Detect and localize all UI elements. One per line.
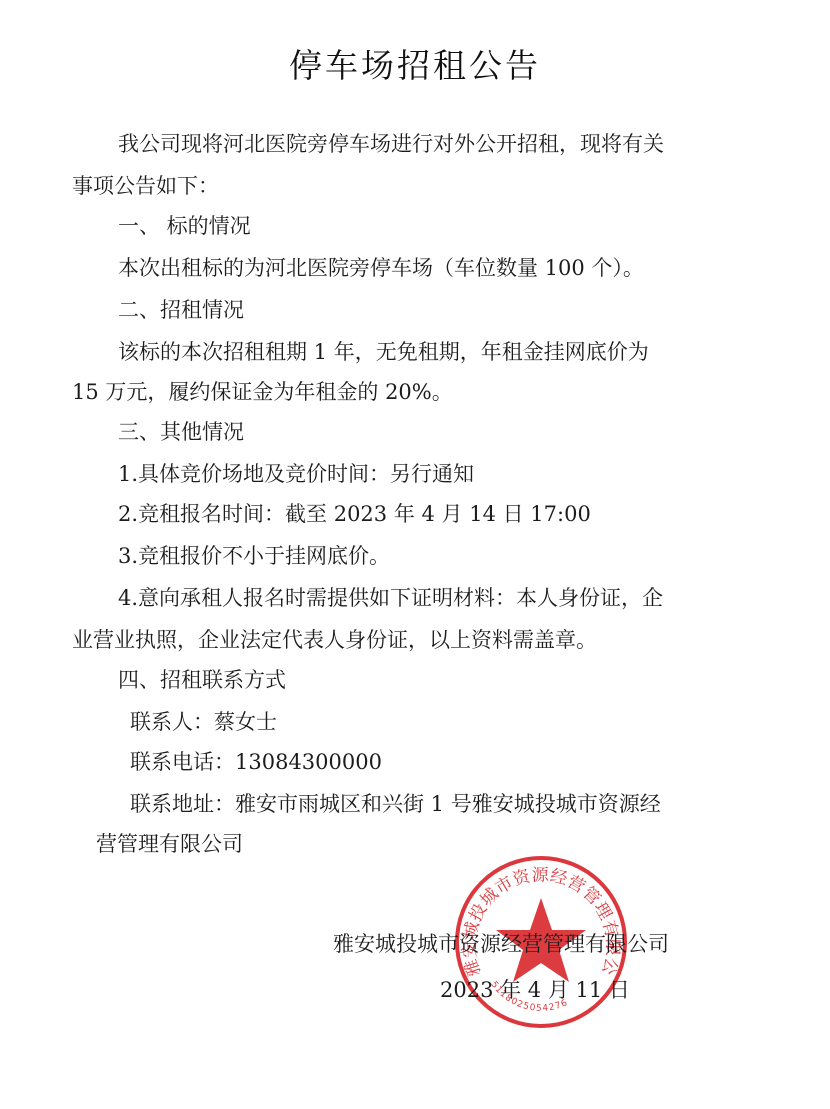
section-3-item-4: 4.意向承租人报名时需提供如下证明材料：本人身份证，企 [118,582,663,612]
section-3-item-4-continued: 业营业执照，企业法定代表人身份证，以上资料需盖章。 [72,624,597,654]
section-3-item-3: 3.竞租报价不小于挂网底价。 [118,540,390,570]
contact-person: 联系人：蔡女士 [130,706,277,736]
section-3-item-2: 2.竞租报名时间：截至 2023 年 4 月 14 日 17:00 [118,498,591,528]
section-2-body-line-1: 该标的本次招租租期 1 年，无免租期，年租金挂网底价为 [118,336,649,366]
contact-address-line-1: 联系地址：雅安市雨城区和兴街 1 号雅安城投城市资源经 [130,788,661,818]
intro-text-line-1: 我公司现将河北医院旁停车场进行对外公开招租，现将有关 [118,128,664,158]
section-4-heading: 四、招租联系方式 [118,664,286,694]
section-2-body-line-2: 15 万元，履约保证金为年租金的 20%。 [72,376,453,406]
section-1-body: 本次出租标的为河北医院旁停车场（车位数量 100 个）。 [118,252,644,282]
section-3-heading: 三、其他情况 [118,416,244,446]
signature-date: 2023 年 4 月 11 日 [440,974,630,1004]
intro-text-line-2: 事项公告如下： [72,170,219,200]
section-3-item-1: 1.具体竞价场地及竞价时间：另行通知 [118,458,474,488]
section-1-heading: 一、 标的情况 [118,210,251,240]
contact-phone: 联系电话：13084300000 [130,746,382,776]
document-title: 停车场招租公告 [0,40,830,87]
signer-company: 雅安城投城市资源经营管理有限公司 [333,928,669,958]
section-2-heading: 二、招租情况 [118,294,244,324]
contact-address-line-2: 营管理有限公司 [96,828,243,858]
